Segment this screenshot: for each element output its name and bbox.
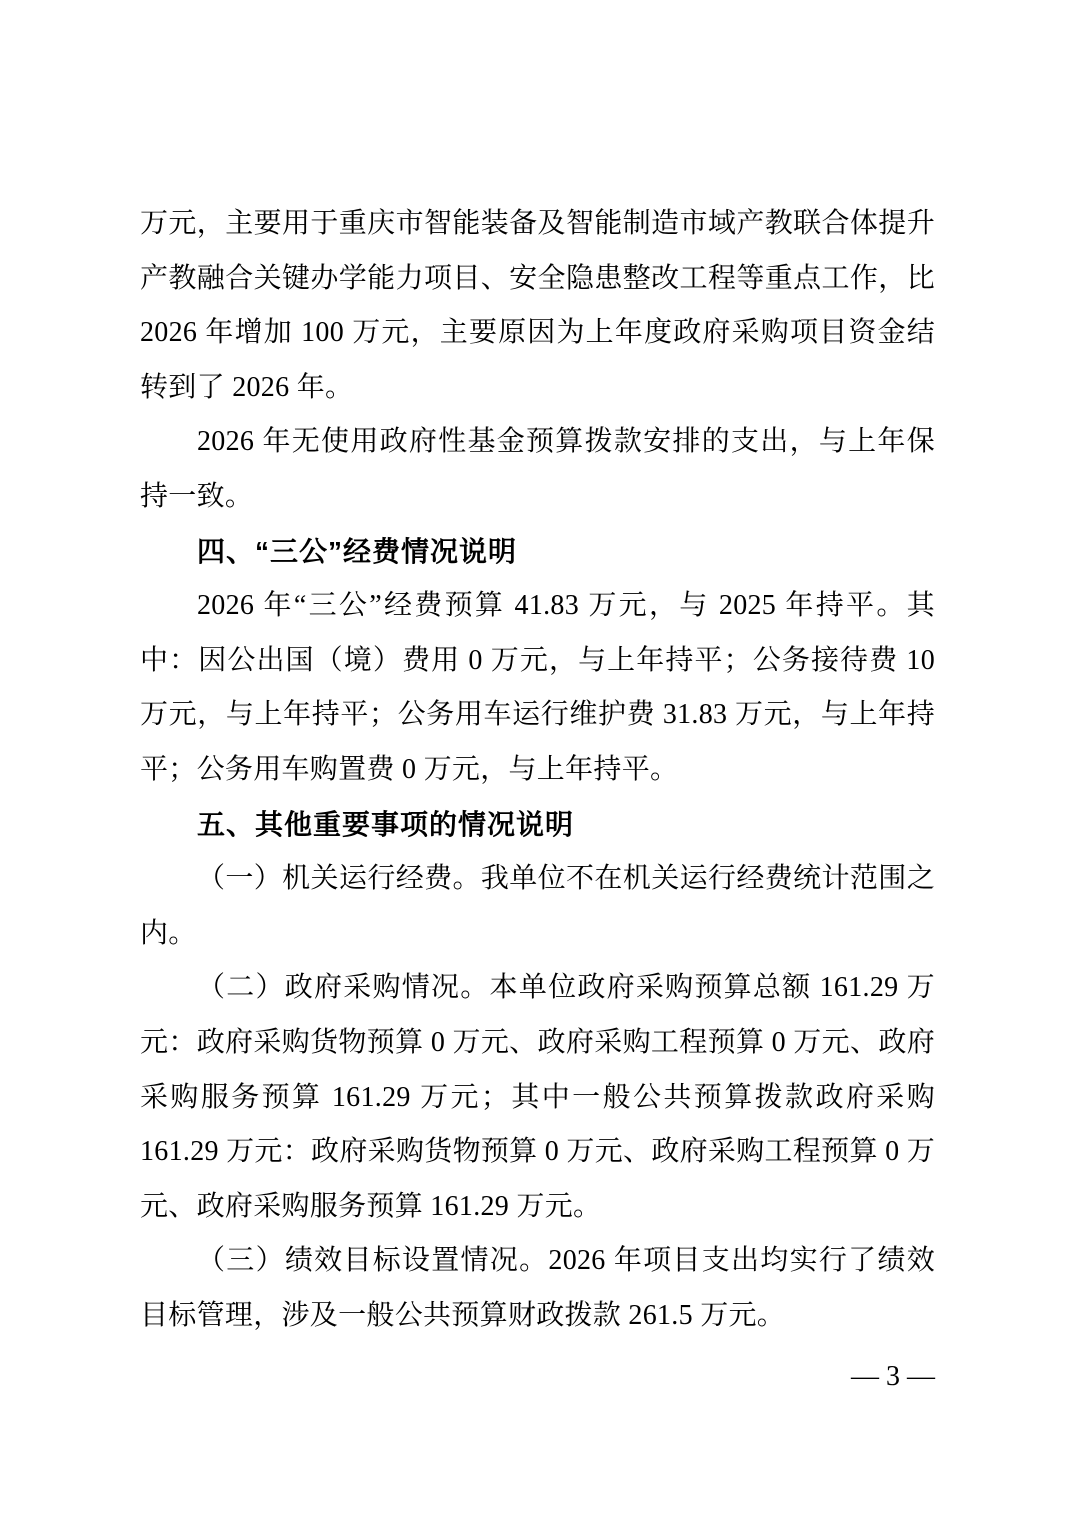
page-number: — 3 — <box>140 1350 935 1405</box>
text-line: （三）绩效目标设置情况。2026 年项目支出均实行了绩效 <box>140 1234 935 1289</box>
section-heading: 四、“三公”经费情况说明 <box>140 525 935 580</box>
text-line: 元、政府采购服务预算 161.29 万元。 <box>140 1180 935 1235</box>
text-line: 采购服务预算 161.29 万元；其中一般公共预算拨款政府采购 <box>140 1071 935 1126</box>
text-line: 平；公务用车购置费 0 万元，与上年持平。 <box>140 743 935 798</box>
text-line: 持一致。 <box>140 470 935 525</box>
text-line: 产教融合关键办学能力项目、安全隐患整改工程等重点工作，比 <box>140 252 935 307</box>
text-line: 目标管理，涉及一般公共预算财政拨款 261.5 万元。 <box>140 1289 935 1344</box>
text-line: 内。 <box>140 907 935 962</box>
text-line: 2026 年无使用政府性基金预算拨款安排的支出，与上年保 <box>140 415 935 470</box>
document-body: 万元，主要用于重庆市智能装备及智能制造市域产教联合体提升产教融合关键办学能力项目… <box>140 197 935 1343</box>
text-line: 2026 年“三公”经费预算 41.83 万元，与 2025 年持平。其 <box>140 579 935 634</box>
text-line: （一）机关运行经费。我单位不在机关运行经费统计范围之 <box>140 852 935 907</box>
text-line: 元：政府采购货物预算 0 万元、政府采购工程预算 0 万元、政府 <box>140 1016 935 1071</box>
section-heading: 五、其他重要事项的情况说明 <box>140 798 935 853</box>
text-line: 中：因公出国（境）费用 0 万元，与上年持平；公务接待费 10 <box>140 634 935 689</box>
text-line: 转到了 2026 年。 <box>140 361 935 416</box>
text-line: 2026 年增加 100 万元，主要原因为上年度政府采购项目资金结 <box>140 306 935 361</box>
text-line: 161.29 万元：政府采购货物预算 0 万元、政府采购工程预算 0 万 <box>140 1125 935 1180</box>
text-line: （二）政府采购情况。本单位政府采购预算总额 161.29 万 <box>140 961 935 1016</box>
text-line: 万元，主要用于重庆市智能装备及智能制造市域产教联合体提升 <box>140 197 935 252</box>
text-line: 万元，与上年持平；公务用车运行维护费 31.83 万元，与上年持 <box>140 688 935 743</box>
document-page: 万元，主要用于重庆市智能装备及智能制造市域产教联合体提升产教融合关键办学能力项目… <box>0 0 1074 1520</box>
